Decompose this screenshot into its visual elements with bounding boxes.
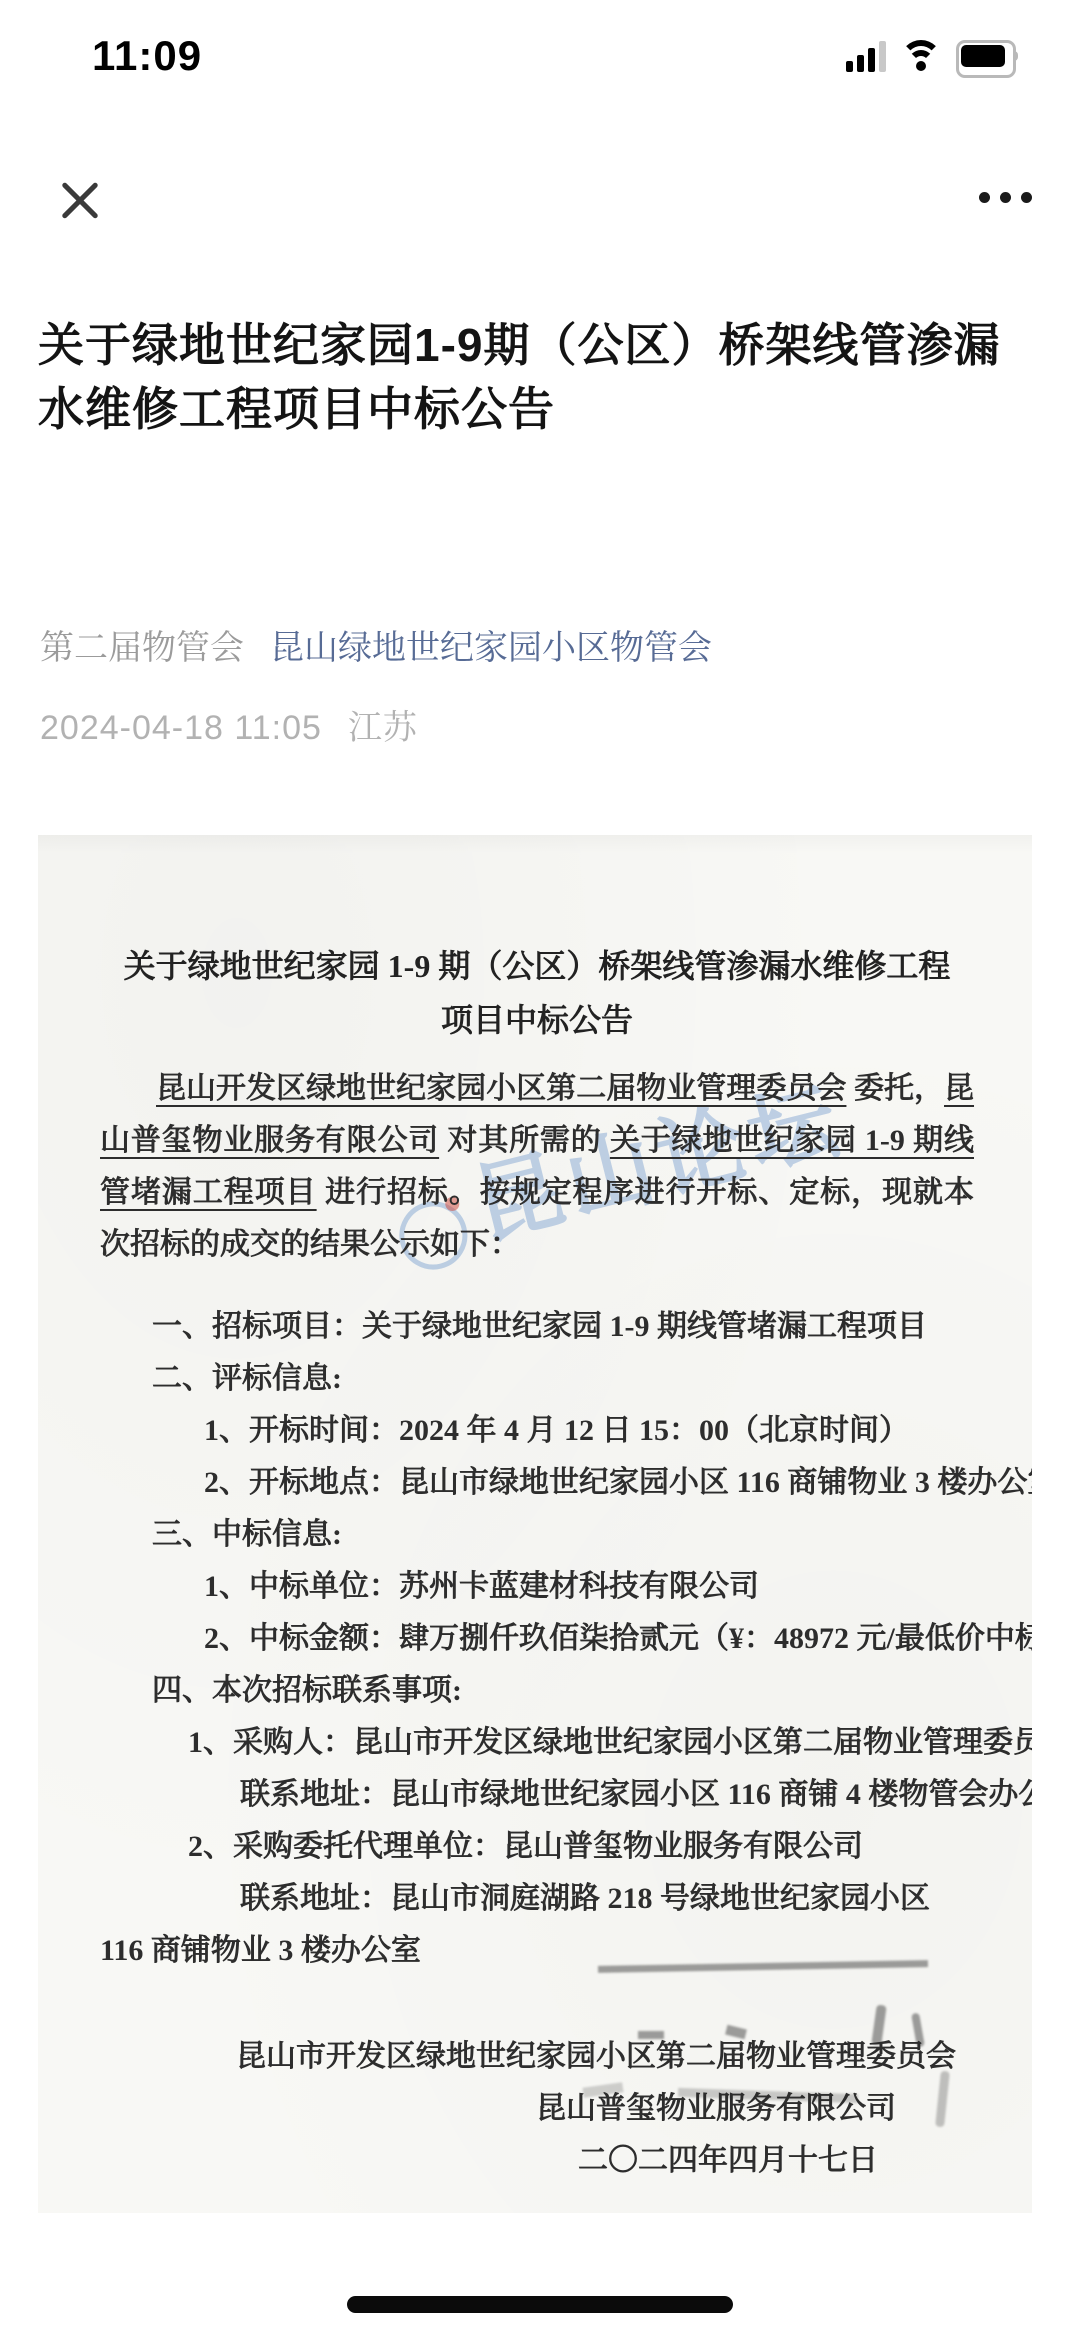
doc-item: 2、中标金额：肆万捌仟玖佰柒拾贰元（¥：48972 元/最低价中标） bbox=[100, 1613, 974, 1665]
doc-item: 二、评标信息: bbox=[100, 1353, 974, 1405]
plain-text: 委托， bbox=[846, 1072, 944, 1105]
cellular-signal-icon bbox=[846, 40, 886, 72]
doc-item: 2、开标地点：昆山市绿地世纪家园小区 116 商铺物业 3 楼办公室 bbox=[100, 1457, 974, 1509]
underlined-text: 昆山开发区绿地世纪家园小区第二届物业管理委员会 bbox=[156, 1072, 846, 1105]
doc-title-line1: 关于绿地世纪家园 1-9 期（公区）桥架线管渗漏水维修工程 bbox=[100, 939, 974, 993]
doc-item: 三、中标信息: bbox=[100, 1509, 974, 1561]
doc-signature-line: 二〇二四年四月十七日 bbox=[100, 2135, 974, 2187]
status-time: 11:09 bbox=[92, 32, 202, 80]
document-image[interactable]: 昆山论坛 关于绿地世纪家园 1-9 期（公区）桥架线管渗漏水维修工程 项目中标公… bbox=[38, 835, 1032, 2213]
status-icons bbox=[846, 40, 1018, 72]
doc-item: 一、招标项目：关于绿地世纪家园 1-9 期线管堵漏工程项目 bbox=[100, 1301, 974, 1353]
date-text: 2024-04-18 11:05 bbox=[40, 709, 322, 747]
battery-icon bbox=[956, 40, 1018, 72]
wifi-icon bbox=[900, 40, 942, 72]
region-text: 江苏 bbox=[348, 709, 418, 747]
doc-signature-line: 昆山市开发区绿地世纪家园小区第二届物业管理委员会 bbox=[100, 2031, 974, 2083]
doc-item: 2、采购委托代理单位：昆山普玺物业服务有限公司 bbox=[100, 1821, 974, 1873]
close-icon[interactable] bbox=[52, 172, 108, 228]
article-title: 关于绿地世纪家园1-9期（公区）桥架线管渗漏水维修工程项目中标公告 bbox=[38, 313, 1040, 441]
publish-date: 2024-04-18 11:05江苏 bbox=[40, 700, 418, 749]
doc-item: 四、本次招标联系事项: bbox=[100, 1665, 974, 1717]
doc-title-line2: 项目中标公告 bbox=[100, 993, 974, 1047]
home-indicator[interactable] bbox=[347, 2296, 733, 2313]
doc-item: 联系地址：昆山市绿地世纪家园小区 116 商铺 4 楼物管会办公室 bbox=[100, 1769, 974, 1821]
account-link[interactable]: 昆山绿地世纪家园小区物管会 bbox=[270, 629, 712, 667]
doc-signature-line: 昆山普玺物业服务有限公司 bbox=[100, 2083, 974, 2135]
doc-item: 1、开标时间：2024 年 4 月 12 日 15：00（北京时间） bbox=[100, 1405, 974, 1457]
doc-signature-block: 昆山市开发区绿地世纪家园小区第二届物业管理委员会昆山普玺物业服务有限公司二〇二四… bbox=[100, 2031, 974, 2187]
doc-intro-paragraph: 昆山开发区绿地世纪家园小区第二届物业管理委员会 委托，昆山普玺物业服务有限公司 … bbox=[100, 1063, 974, 1271]
doc-item: 联系地址：昆山市洞庭湖路 218 号绿地世纪家园小区 116 商铺物业 3 楼办… bbox=[100, 1873, 974, 1977]
doc-item: 1、采购人：昆山市开发区绿地世纪家园小区第二届物业管理委员会 bbox=[100, 1717, 974, 1769]
doc-items: 一、招标项目：关于绿地世纪家园 1-9 期线管堵漏工程项目二、评标信息:1、开标… bbox=[100, 1301, 974, 1977]
author-tag: 第二届物管会 bbox=[40, 629, 244, 667]
plain-text: 对其所需的 bbox=[439, 1124, 610, 1157]
byline: 第二届物管会昆山绿地世纪家园小区物管会 bbox=[40, 620, 712, 669]
status-bar: 11:09 bbox=[0, 22, 1080, 86]
more-options-icon[interactable] bbox=[979, 192, 1032, 203]
doc-title: 关于绿地世纪家园 1-9 期（公区）桥架线管渗漏水维修工程 项目中标公告 bbox=[100, 939, 974, 1047]
doc-item: 1、中标单位：苏州卡蓝建材科技有限公司 bbox=[100, 1561, 974, 1613]
